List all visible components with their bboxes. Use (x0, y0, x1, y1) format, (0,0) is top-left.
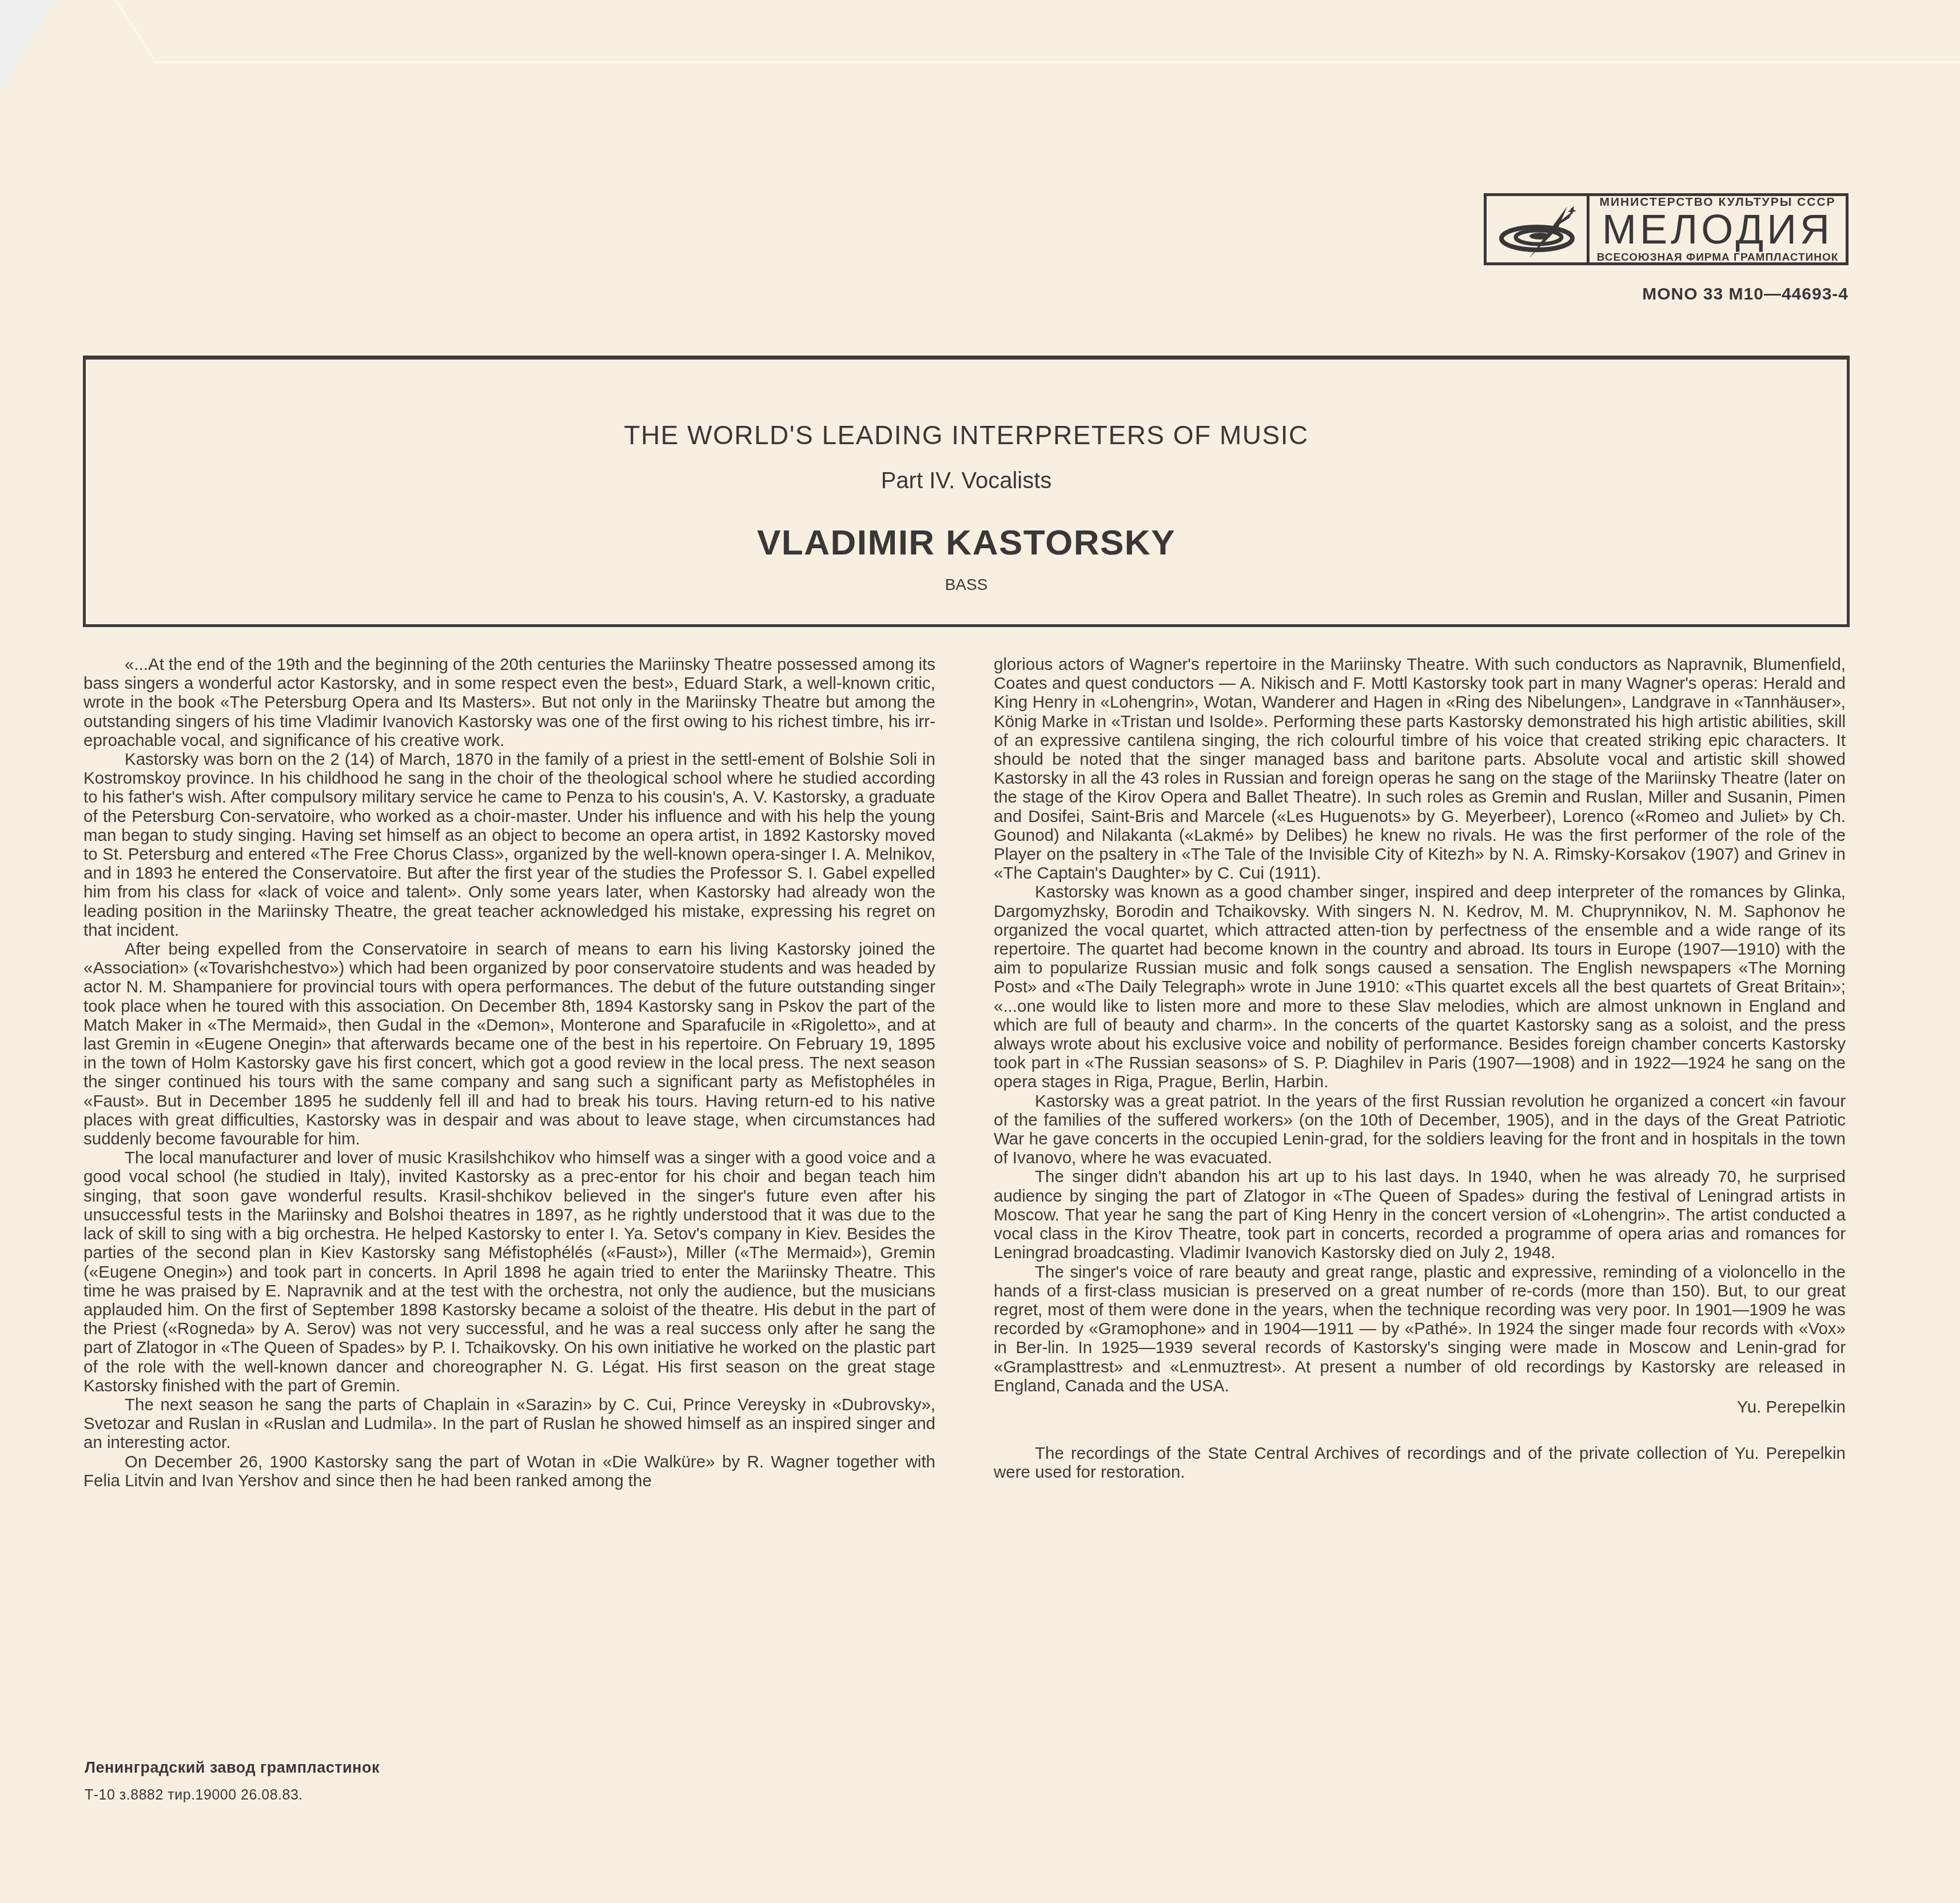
record-sleeve-back: МИНИСТЕРСТВО КУЛЬТУРЫ СССР МЕЛОДИЯ ВСЕСО… (0, 0, 1960, 1903)
paragraph: After being expelled from the Conservato… (83, 940, 935, 1148)
flap-crease-horizontal (154, 61, 1960, 63)
artist-name: VLADIMIR KASTORSKY (86, 522, 1847, 563)
paragraph: Kastorsky was known as a good chamber si… (994, 883, 1846, 1091)
paragraph: glorious actors of Wagner's repertoire i… (994, 655, 1846, 883)
voice-type: BASS (86, 576, 1847, 594)
part-title: Part IV. Vocalists (86, 468, 1847, 494)
paragraph: «...At the end of the 19th and the begin… (83, 655, 935, 750)
paragraph: Kastorsky was a great patriot. In the ye… (994, 1092, 1846, 1168)
paragraph: Kastorsky was born on the 2 (14) of Marc… (83, 750, 935, 940)
series-title: THE WORLD'S LEADING INTERPRETERS OF MUSI… (86, 420, 1847, 450)
ministry-label: МИНИСТЕРСТВО КУЛЬТУРЫ СССР (1599, 196, 1835, 208)
melodiya-record-logo-icon (1487, 196, 1589, 262)
right-column: glorious actors of Wagner's repertoire i… (994, 655, 1846, 1482)
paragraph: The singer didn't abandon his art up to … (994, 1167, 1846, 1262)
catalog-number: MONO 33 M10—44693-4 (1642, 285, 1849, 304)
firm-label: ВСЕСОЮЗНАЯ ФИРМА ГРАМПЛАСТИНОК (1597, 252, 1839, 263)
author-signature: Yu. Perepelkin (994, 1398, 1846, 1417)
brand-name: МЕЛОДИЯ (1602, 209, 1833, 250)
paragraph: The local manufacturer and lover of musi… (83, 1148, 935, 1395)
flap-crease (114, 0, 155, 60)
melodiya-logo: МИНИСТЕРСТВО КУЛЬТУРЫ СССР МЕЛОДИЯ ВСЕСО… (1484, 193, 1849, 265)
left-column: «...At the end of the 19th and the begin… (83, 655, 935, 1490)
print-info: Т-10 з.8882 тир.19000 26.08.83. (85, 1787, 303, 1804)
title-box: THE WORLD'S LEADING INTERPRETERS OF MUSI… (83, 356, 1850, 627)
paragraph: The next season he sang the parts of Cha… (83, 1395, 935, 1453)
restoration-note: The recordings of the State Central Arch… (994, 1444, 1846, 1482)
factory-imprint: Ленинградский завод грампластинок (85, 1759, 380, 1777)
logo-text: МИНИСТЕРСТВО КУЛЬТУРЫ СССР МЕЛОДИЯ ВСЕСО… (1589, 196, 1846, 262)
paragraph: The singer's voice of rare beauty and gr… (994, 1263, 1846, 1395)
paragraph: On December 26, 1900 Kastorsky sang the … (83, 1453, 935, 1490)
